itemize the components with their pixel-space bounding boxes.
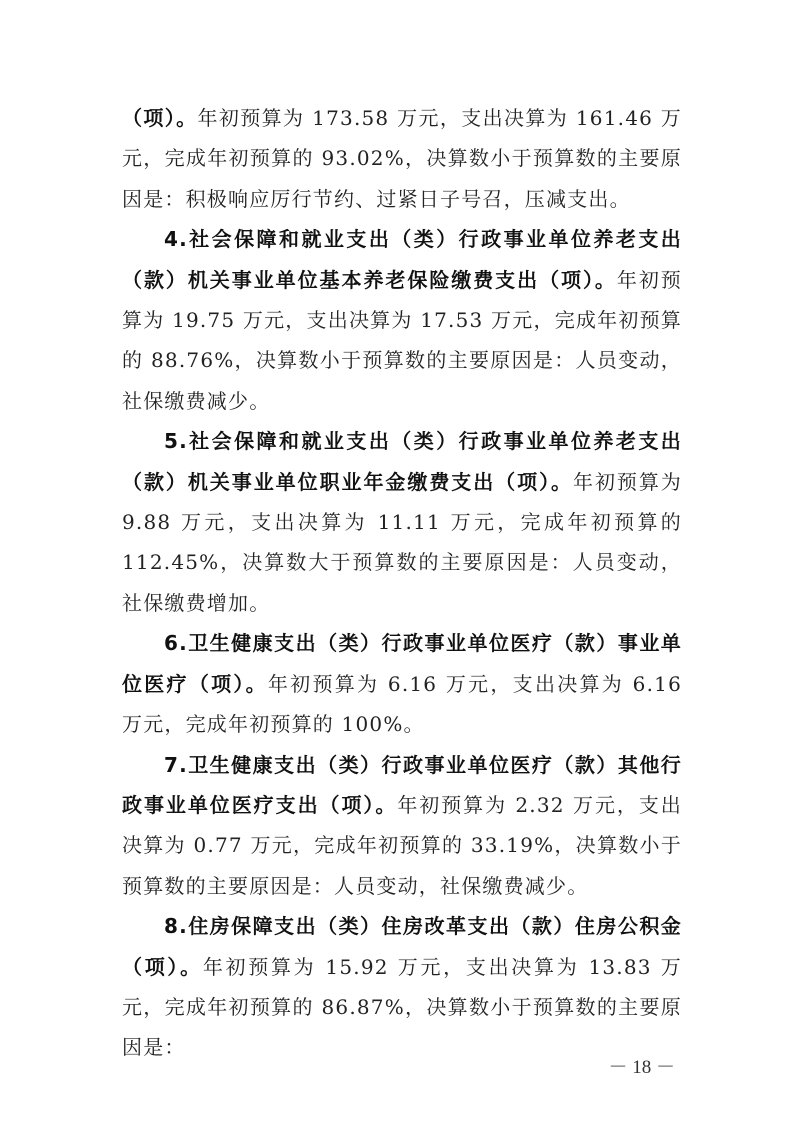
paragraph-body: 年初预算为 15.92 万元，支出决算为 13.83 万元，完成年初预算的 86… [122, 955, 682, 1060]
paragraph-heading: （项）。 [122, 106, 198, 130]
paragraph-item-7: 7.卫生健康支出（类）行政事业单位医疗（款）其他行政事业单位医疗支出（项）。年初… [122, 745, 682, 907]
paragraph-item-6: 6.卫生健康支出（类）行政事业单位医疗（款）事业单位医疗（项）。年初预算为 6.… [122, 623, 682, 744]
paragraph-body: 年初预算为 173.58 万元，支出决算为 161.46 万元，完成年初预算的 … [122, 106, 682, 211]
paragraph-item-3-continuation: （项）。年初预算为 173.58 万元，支出决算为 161.46 万元，完成年初… [122, 98, 682, 219]
document-page: （项）。年初预算为 173.58 万元，支出决算为 161.46 万元，完成年初… [122, 98, 682, 1068]
page-number: － 18 － [0, 1052, 793, 1079]
paragraph-heading: 4.社会保障和就业支出（类）行政事业单位养老支出（款）机关事业单位基本养老保险缴… [122, 227, 682, 291]
paragraph-item-4: 4.社会保障和就业支出（类）行政事业单位养老支出（款）机关事业单位基本养老保险缴… [122, 219, 682, 421]
paragraph-item-8: 8.住房保障支出（类）住房改革支出（款）住房公积金（项）。年初预算为 15.92… [122, 906, 682, 1068]
paragraph-item-5: 5.社会保障和就业支出（类）行政事业单位养老支出（款）机关事业单位职业年金缴费支… [122, 421, 682, 623]
